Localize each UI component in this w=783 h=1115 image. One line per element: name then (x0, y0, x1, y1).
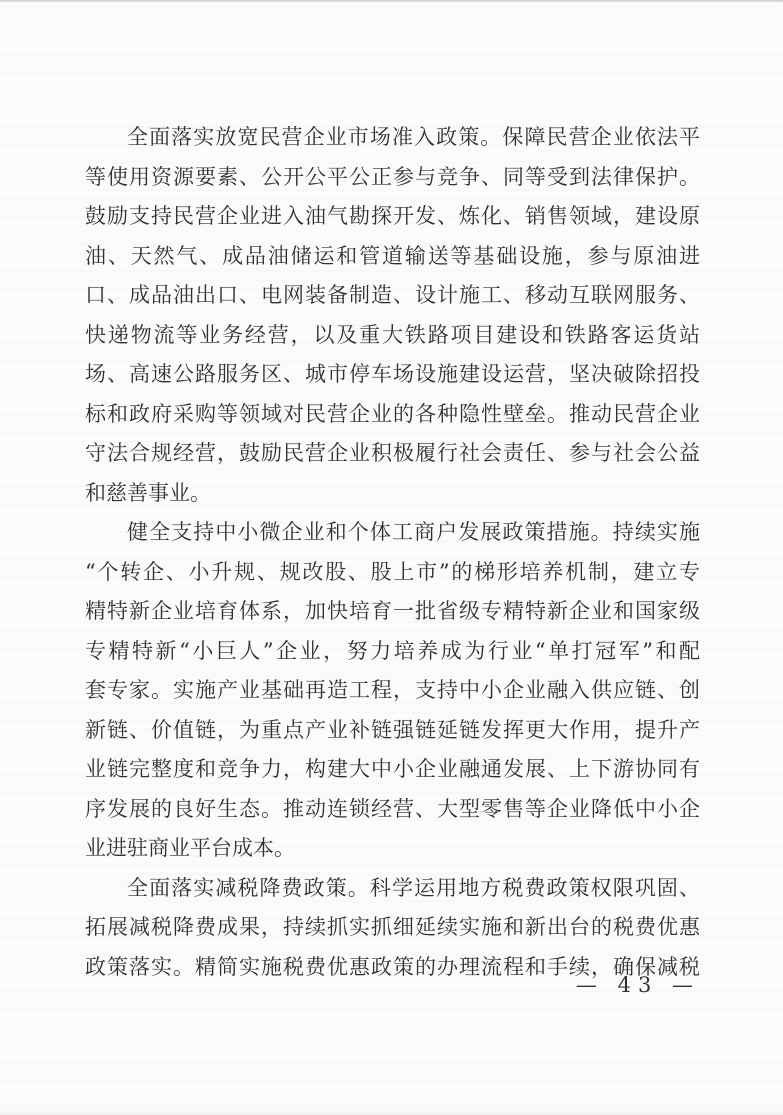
text-line: 等使用资源要素、公开公平公正参与竞争、同等受到法律保护。 (85, 158, 700, 198)
text-line: 和慈善事业。 (85, 474, 700, 514)
text-line: 精特新企业培育体系，加快培育一批省级专精特新企业和国家级 (85, 592, 700, 632)
text-line: 健全支持中小微企业和个体工商户发展政策措施。持续实施 (85, 513, 700, 553)
paragraph: 健全支持中小微企业和个体工商户发展政策措施。持续实施“个转企、小升规、规改股、股… (85, 513, 700, 869)
text-line: “个转企、小升规、规改股、股上市”的梯形培养机制，建立专 (85, 553, 700, 593)
text-line: 套专家。实施产业基础再造工程，支持中小企业融入供应链、创 (85, 671, 700, 711)
text-line: 新链、价值链，为重点产业补链强链延链发挥更大作用，提升产 (85, 711, 700, 751)
text-line: 专精特新“小巨人”企业，努力培养成为行业“单打冠军”和配 (85, 632, 700, 672)
document-text-block: 全面落实放宽民营企业市场准入政策。保障民营企业依法平等使用资源要素、公开公平公正… (85, 118, 700, 987)
document-page: 全面落实放宽民营企业市场准入政策。保障民营企业依法平等使用资源要素、公开公平公正… (0, 0, 783, 1115)
paragraph: 全面落实放宽民营企业市场准入政策。保障民营企业依法平等使用资源要素、公开公平公正… (85, 118, 700, 513)
text-line: 口、成品油出口、电网装备制造、设计施工、移动互联网服务、 (85, 276, 700, 316)
text-line: 拓展减税降费成果，持续抓实抓细延续实施和新出台的税费优惠 (85, 908, 700, 948)
text-line: 全面落实减税降费政策。科学运用地方税费政策权限巩固、 (85, 869, 700, 909)
text-line: 鼓励支持民营企业进入油气勘探开发、炼化、销售领域，建设原 (85, 197, 700, 237)
text-line: 场、高速公路服务区、城市停车场设施建设运营，坚决破除招投 (85, 355, 700, 395)
text-line: 序发展的良好生态。推动连锁经营、大型零售等企业降低中小企 (85, 790, 700, 830)
text-line: 标和政府采购等领域对民营企业的各种隐性壁垒。推动民营企业 (85, 395, 700, 435)
text-line: 业进驻商业平台成本。 (85, 829, 700, 869)
text-line: 全面落实放宽民营企业市场准入政策。保障民营企业依法平 (85, 118, 700, 158)
page-number: — 43 — (576, 970, 700, 1000)
text-line: 守法合规经营，鼓励民营企业积极履行社会责任、参与社会公益 (85, 434, 700, 474)
text-line: 业链完整度和竞争力，构建大中小企业融通发展、上下游协同有 (85, 750, 700, 790)
text-line: 油、天然气、成品油储运和管道输送等基础设施，参与原油进 (85, 237, 700, 277)
text-line: 快递物流等业务经营，以及重大铁路项目建设和铁路客运货站 (85, 316, 700, 356)
